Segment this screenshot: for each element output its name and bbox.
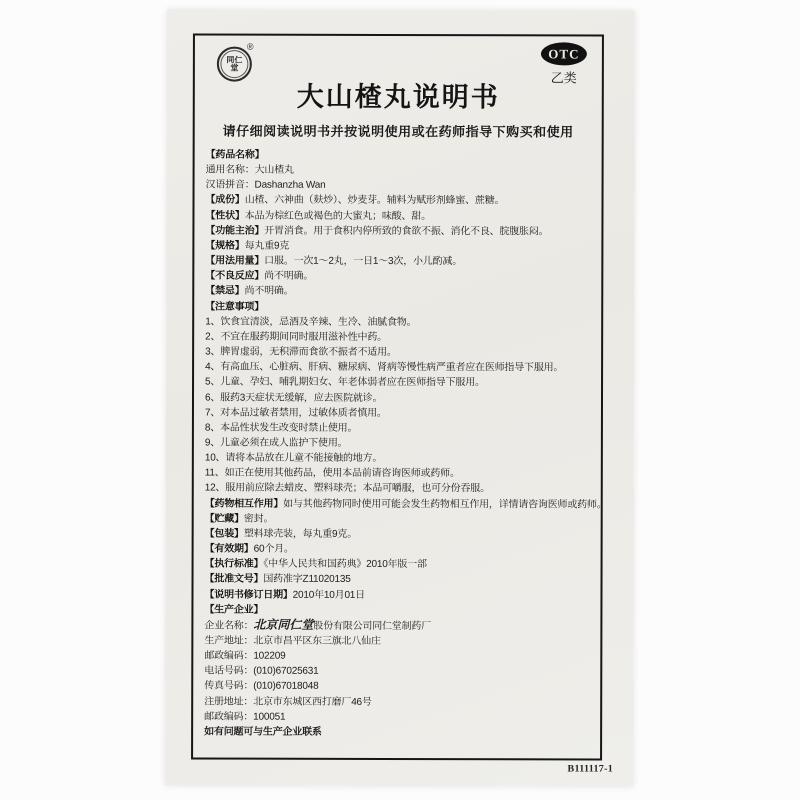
- instruction-line: 注册地址：北京市东城区西打磨厂46号: [204, 694, 597, 710]
- instruction-line: 1、饮食宜清淡，忌酒及辛辣、生冷、油腻食物。: [205, 314, 598, 330]
- instruction-line: 5、儿童、孕妇、哺乳期妇女、年老体弱者应在医师指导下服用。: [205, 375, 598, 391]
- instruction-line: 【成份】山楂、六神曲（麸炒）、炒麦芽。辅料为赋形剂蜂蜜、蔗糖。: [205, 193, 598, 209]
- otc-label: OTC: [541, 42, 587, 65]
- instruction-line: 【贮藏】密封。: [205, 511, 598, 527]
- instruction-line: 通用名称：大山楂丸: [206, 163, 599, 179]
- instruction-line: 生产地址：北京市昌平区东三旗北八仙庄: [204, 633, 597, 649]
- instruction-line: 【注意事项】: [205, 299, 598, 315]
- instruction-line: 【批准文号】国药准字Z11020135: [205, 572, 598, 588]
- instruction-line: 【药品名称】: [206, 147, 599, 163]
- instruction-line: 邮政编码：100051: [204, 709, 597, 725]
- instruction-line: 【不良反应】尚不明确。: [205, 269, 598, 285]
- instruction-line: 【性状】本品为棕红色或褐色的大蜜丸；味酸、甜。: [205, 208, 598, 224]
- instruction-line: 【执行标准】《中华人民共和国药典》2010年版一部: [205, 557, 598, 573]
- instruction-line: 8、本品性状发生改变时禁止使用。: [205, 420, 598, 436]
- manufacturer-calligraphy-name: 北京同仁堂: [253, 617, 313, 631]
- instruction-line: 电话号码：(010)67025631: [204, 664, 597, 680]
- leaflet-paper: 同仁堂 ® OTC 乙类 大山楂丸说明书 请仔细阅读说明书并按说明使用或在药师指…: [165, 9, 635, 786]
- instruction-line: 3、脾胃虚弱，无积滞而食欲不振者不适用。: [205, 345, 598, 361]
- leaflet-title: 大山楂丸说明书: [195, 74, 602, 114]
- registered-trademark-symbol: ®: [247, 42, 254, 52]
- instruction-line: 4、有高血压、心脏病、肝病、糖尿病、肾病等慢性病严重者应在医师指导下服用。: [205, 360, 598, 376]
- footer-print-code: B111117-1: [568, 763, 614, 774]
- instruction-line: 7、对本品过敏者禁用，过敏体质者慎用。: [205, 405, 598, 421]
- instruction-line: 汉语拼音：Dashanzha Wan: [206, 178, 599, 194]
- leaflet-subtitle: 请仔细阅读说明书并按说明使用或在药师指导下购买和使用: [195, 120, 602, 140]
- page-background: 同仁堂 ® OTC 乙类 大山楂丸说明书 请仔细阅读说明书并按说明使用或在药师指…: [0, 0, 800, 800]
- instruction-line: 11、如正在使用其他药品，使用本品前请咨询医师或药师。: [205, 466, 598, 482]
- instruction-line: 【规格】每丸重9克: [205, 238, 598, 254]
- leaflet-border-frame: 同仁堂 ® OTC 乙类 大山楂丸说明书 请仔细阅读说明书并按说明使用或在药师指…: [191, 33, 604, 760]
- instruction-line: 邮政编码：102209: [204, 649, 597, 665]
- logo-brand-text: 同仁堂: [224, 56, 244, 72]
- instruction-line: 【禁忌】尚不明确。: [205, 284, 598, 300]
- instruction-line: 【用法用量】口服。一次1～2丸，一日1～3次，小儿酌减。: [205, 254, 598, 270]
- instruction-line: 【生产企业】: [204, 602, 597, 618]
- instruction-line: 6、服药3天症状无缓解，应去医院就诊。: [205, 390, 598, 406]
- instruction-line: 企业名称：北京同仁堂股份有限公司同仁堂制药厂: [204, 617, 597, 634]
- instruction-line: 2、不宜在服药期间同时服用滋补性中药。: [205, 329, 598, 345]
- instruction-line: 如有问题可与生产企业联系: [204, 724, 597, 740]
- instruction-line: 9、儿童必须在成人监护下使用。: [205, 435, 598, 451]
- instruction-line: 传真号码：(010)67018048: [204, 679, 597, 695]
- instruction-line: 【有效期】60个月。: [205, 542, 598, 558]
- instruction-line: 12、服用前应除去蜡皮、塑料球壳；本品可嚼服，也可分份吞服。: [205, 481, 598, 497]
- instruction-line: 【功能主治】开胃消食。用于食积内停所致的食欲不振、消化不良、脘腹胀闷。: [205, 223, 598, 239]
- instruction-line: 【药物相互作用】如与其他药物同时使用可能会发生药物相互作用，详情请咨询医师或药师…: [205, 496, 598, 512]
- instruction-line: 【说明书修订日期】2010年10月01日: [204, 587, 597, 603]
- leaflet-body: 【药品名称】通用名称：大山楂丸汉语拼音：Dashanzha Wan【成份】山楂、…: [204, 147, 599, 740]
- instruction-line: 10、请将本品放在儿童不能接触的地方。: [205, 451, 598, 467]
- instruction-line: 【包装】塑料球壳装，每丸重9克。: [205, 526, 598, 542]
